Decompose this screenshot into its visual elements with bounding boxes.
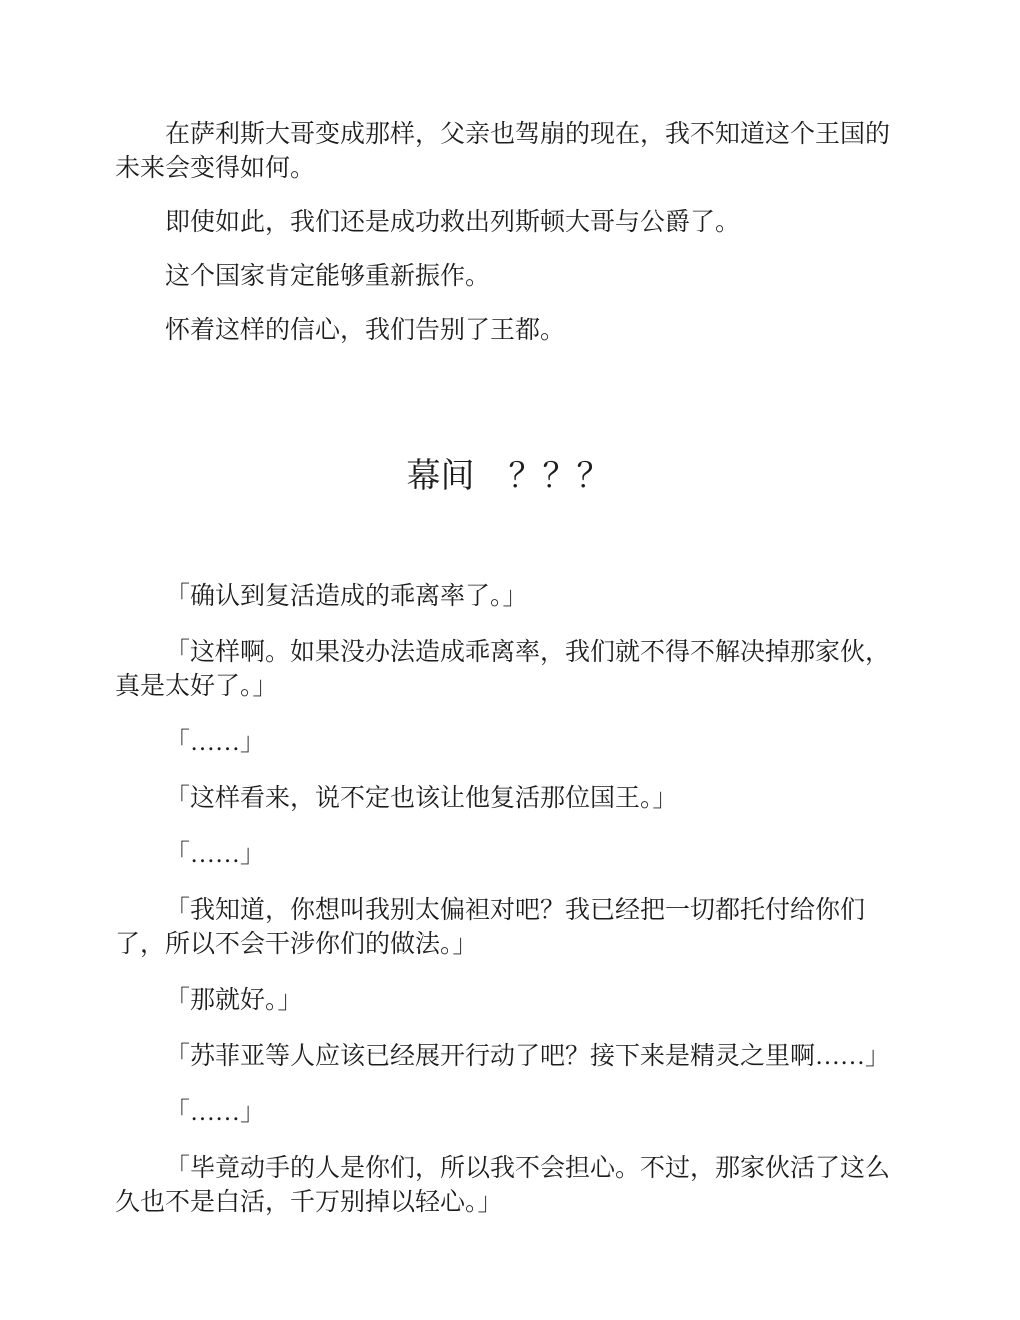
- dialogue-line: 「……」: [115, 1096, 902, 1130]
- dialogue-line: 「……」: [115, 726, 902, 760]
- document-page: 在萨利斯大哥变成那样，父亲也驾崩的现在，我不知道这个王国的未来会变得如何。 即使…: [0, 0, 1020, 1320]
- dialogue-line: 「……」: [115, 838, 902, 872]
- dialogue-line: 「我知道，你想叫我别太偏袒对吧？我已经把一切都托付给你们了，所以不会干涉你们的做…: [115, 894, 902, 962]
- paragraph: 怀着这样的信心，我们告别了王都。: [115, 314, 902, 348]
- dialogue-line: 「这样啊。如果没办法造成乖离率，我们就不得不解决掉那家伙，真是太好了。」: [115, 636, 902, 704]
- dialogue-line: 「毕竟动手的人是你们，所以我不会担心。不过，那家伙活了这么久也不是白活，千万别掉…: [115, 1152, 902, 1220]
- paragraph: 在萨利斯大哥变成那样，父亲也驾崩的现在，我不知道这个王国的未来会变得如何。: [115, 118, 902, 186]
- dialogue-section: 「确认到复活造成的乖离率了。」 「这样啊。如果没办法造成乖离率，我们就不得不解决…: [115, 580, 902, 1220]
- paragraph: 这个国家肯定能够重新振作。: [115, 260, 902, 294]
- dialogue-line: 「那就好。」: [115, 984, 902, 1018]
- paragraph: 即使如此，我们还是成功救出列斯顿大哥与公爵了。: [115, 206, 902, 240]
- dialogue-line: 「确认到复活造成的乖离率了。」: [115, 580, 902, 614]
- intro-section: 在萨利斯大哥变成那样，父亲也驾崩的现在，我不知道这个王国的未来会变得如何。 即使…: [115, 118, 902, 348]
- dialogue-line: 「这样看来，说不定也该让他复活那位国王。」: [115, 782, 902, 816]
- chapter-heading: 幕间 ？？？: [115, 455, 902, 499]
- dialogue-line: 「苏菲亚等人应该已经展开行动了吧？接下来是精灵之里啊……」: [115, 1040, 902, 1074]
